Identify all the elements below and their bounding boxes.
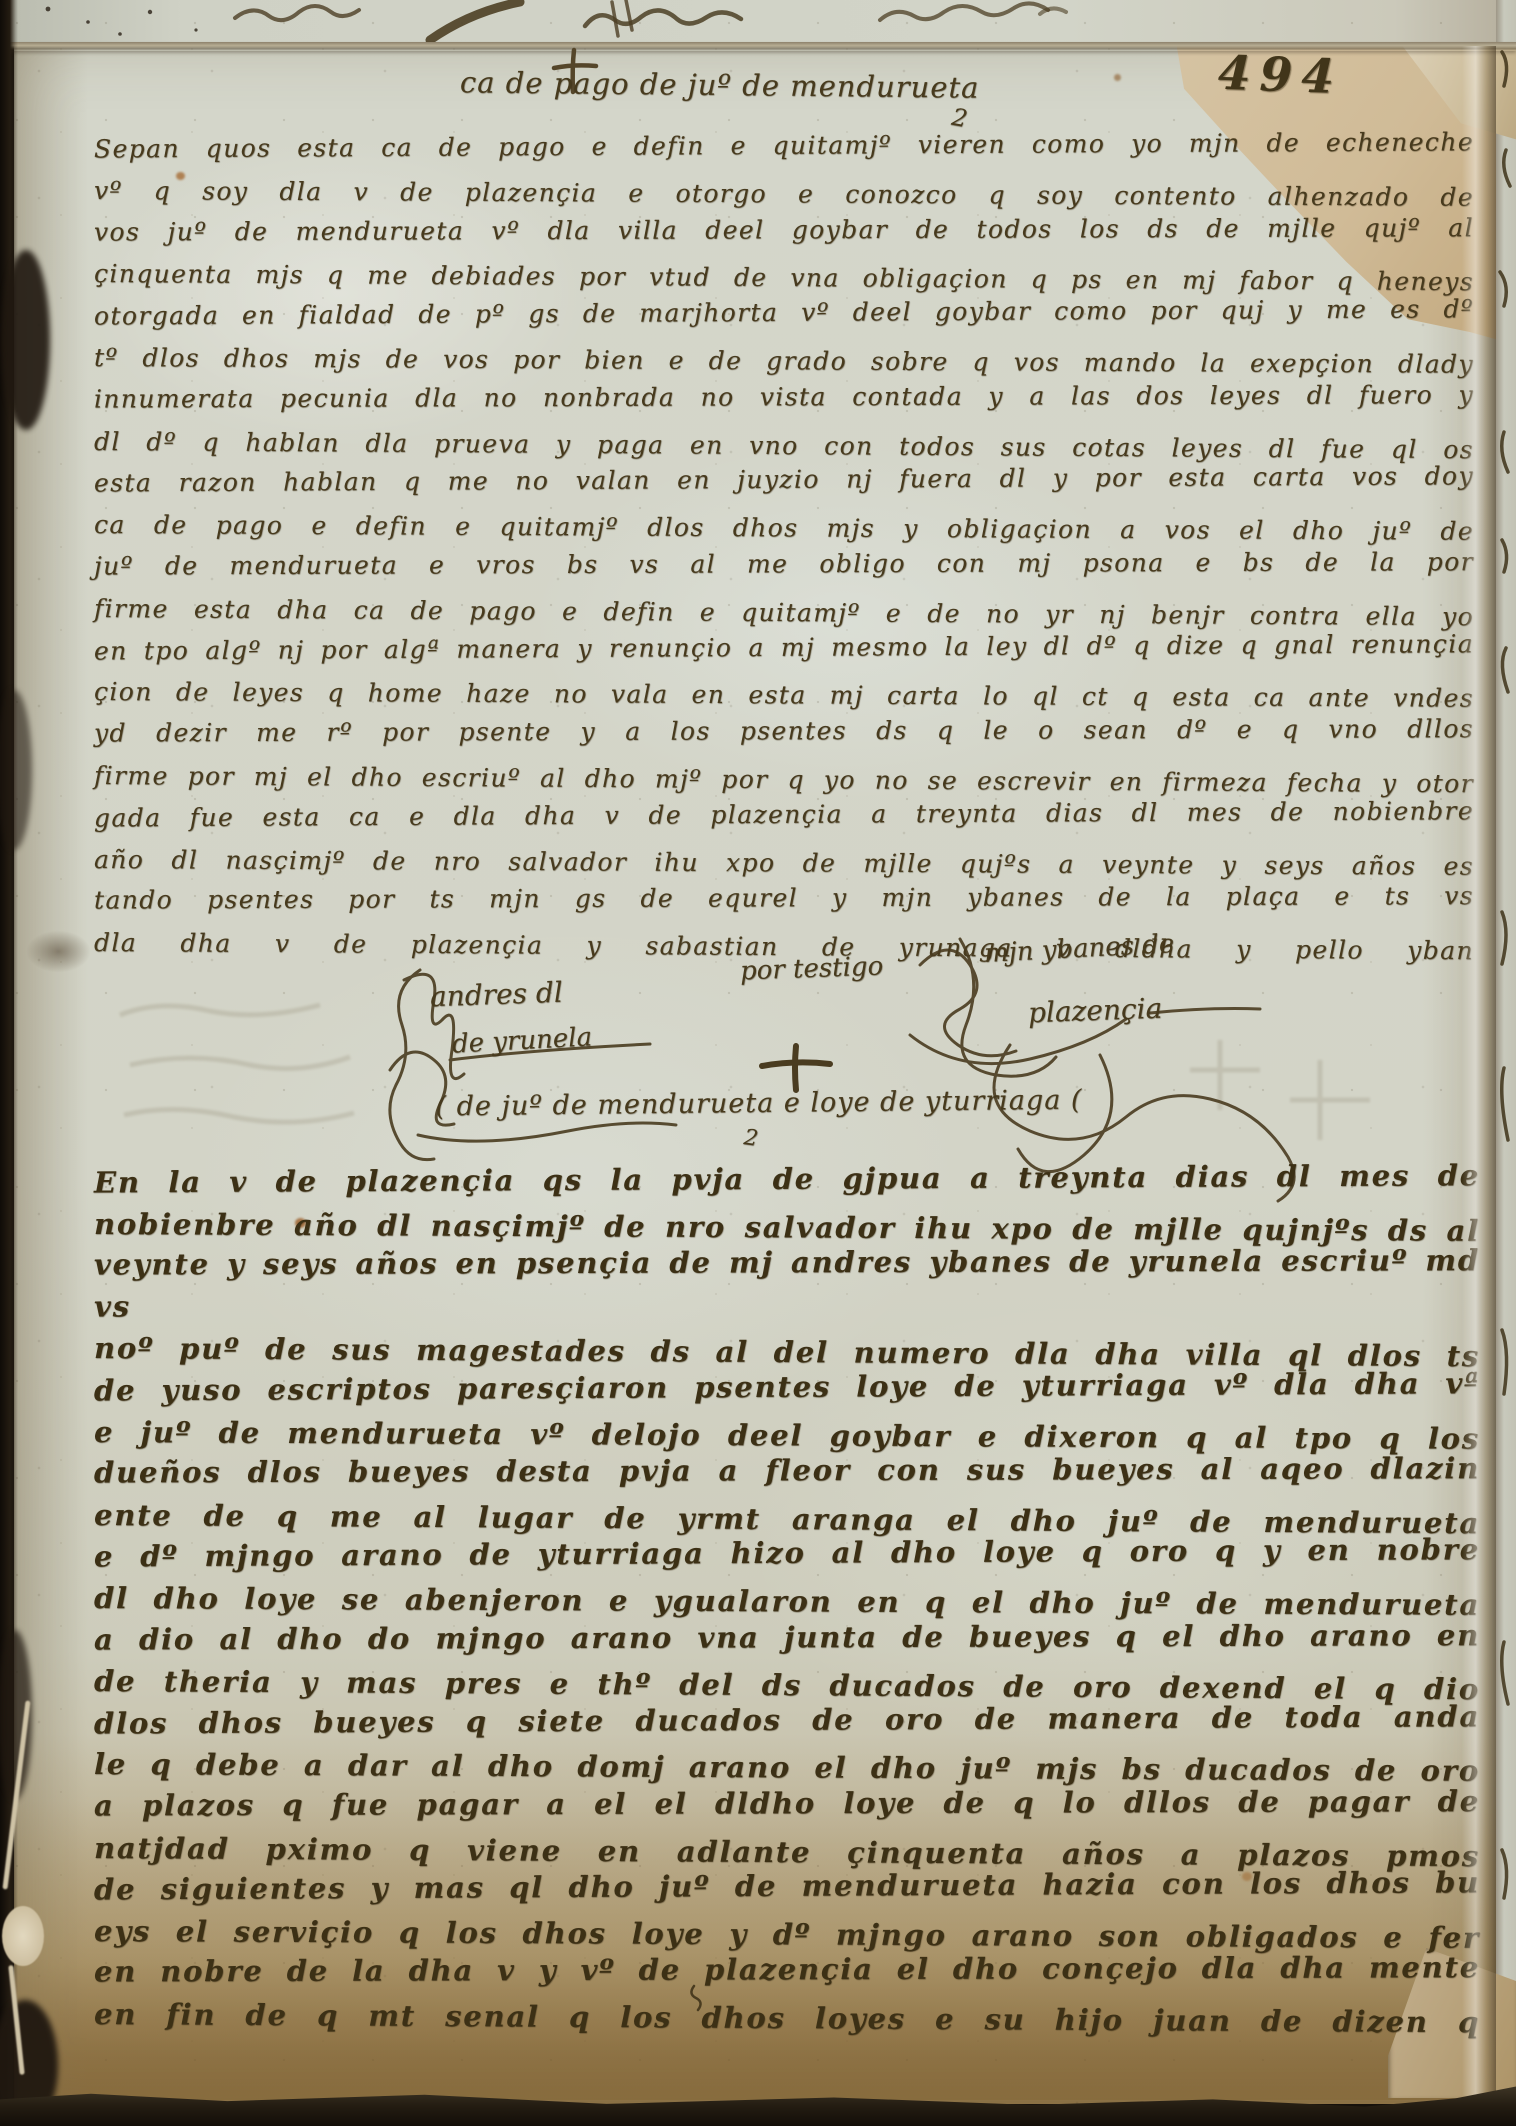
previous-page-text-fragments-icon bbox=[0, 0, 1516, 46]
previous-page-strip bbox=[0, 0, 1516, 46]
signature-right-name2: plazençia bbox=[1027, 992, 1162, 1030]
manuscript-line: juº de mendurueta e vros bs vs al me obl… bbox=[94, 541, 1474, 587]
manuscript-line: dueños dlos bueyes desta pvja a fleor co… bbox=[94, 1448, 1480, 1494]
por-testigo-label: por testigo bbox=[740, 952, 884, 987]
manuscript-line: e dº mjngo arano de yturriaga hizo al dh… bbox=[94, 1530, 1480, 1579]
manuscript-line: En la v de plazençia qs la pvja de gjpua… bbox=[94, 1155, 1480, 1204]
binding-thread-knot bbox=[2, 1906, 44, 1966]
manuscript-line: esta razon hablan q me no valan en juyzi… bbox=[94, 456, 1474, 505]
manuscript-line: de yuso escriptos paresçiaron psentes lo… bbox=[94, 1363, 1480, 1412]
header-title: ca de pago de juº de mendurueta bbox=[460, 65, 980, 104]
rust-spot bbox=[1114, 74, 1121, 81]
manuscript-line: Sepan quos esta ca de pago e defin e qui… bbox=[94, 121, 1474, 170]
manuscript-line: de siguientes y mas ql dho juº de mendur… bbox=[94, 1862, 1480, 1911]
manuscript-line: innumerata pecunia dla no nonbrada no vi… bbox=[94, 374, 1474, 420]
manuscript-line: gada fue esta ca e dla dha v de plazençi… bbox=[94, 790, 1474, 839]
ink-showthrough bbox=[1180, 1030, 1410, 1160]
binding-ink-blotch bbox=[2, 250, 50, 430]
manuscript-line: a plazos q fue pagar a el el dldho loye … bbox=[94, 1781, 1480, 1827]
manuscript-line: en fin de q mt senal q los dhos loyes e … bbox=[94, 1994, 1480, 2044]
manuscript-line: vos juº de mendurueta vº dla villa deel … bbox=[94, 207, 1474, 253]
manuscript-line: dlos dhos bueyes q siete ducados de oro … bbox=[94, 1696, 1480, 1745]
next-page-ink-marks-icon bbox=[1496, 0, 1516, 2126]
manuscript-line: a dio al dho do mjngo arano vna junta de… bbox=[94, 1615, 1480, 1661]
text-block-1: Sepan quos esta ca de pago e defin e qui… bbox=[94, 128, 1474, 964]
manuscript-line: tando psentes por ts mjn gs de equrel y … bbox=[94, 876, 1474, 922]
manuscript-scan: 494 ca de pago de juº de mendurueta 2 Se… bbox=[0, 0, 1516, 2126]
ink-showthrough bbox=[110, 985, 380, 1155]
manuscript-line: veynte y seys años en psençia de mj andr… bbox=[94, 1240, 1480, 1328]
page-deckle-edge bbox=[1462, 46, 1496, 2104]
manuscript-line: yd dezir me rº por psente y a los psente… bbox=[94, 708, 1474, 754]
quire-mark-icon bbox=[684, 1984, 704, 2010]
manuscript-line: otorgada en fialdad de pº gs de marjhort… bbox=[94, 288, 1474, 337]
manuscript-line: en nobre de la dha v y vº de plazençia e… bbox=[94, 1947, 1480, 1993]
signature-left-name: andres dl bbox=[429, 976, 563, 1014]
text-block-2: En la v de plazençia qs la pvja de gjpua… bbox=[94, 1162, 1480, 2035]
folio-number: 494 bbox=[1217, 46, 1344, 105]
manuscript-line: en tpo algº nj por algª manera y renunçi… bbox=[94, 623, 1474, 672]
